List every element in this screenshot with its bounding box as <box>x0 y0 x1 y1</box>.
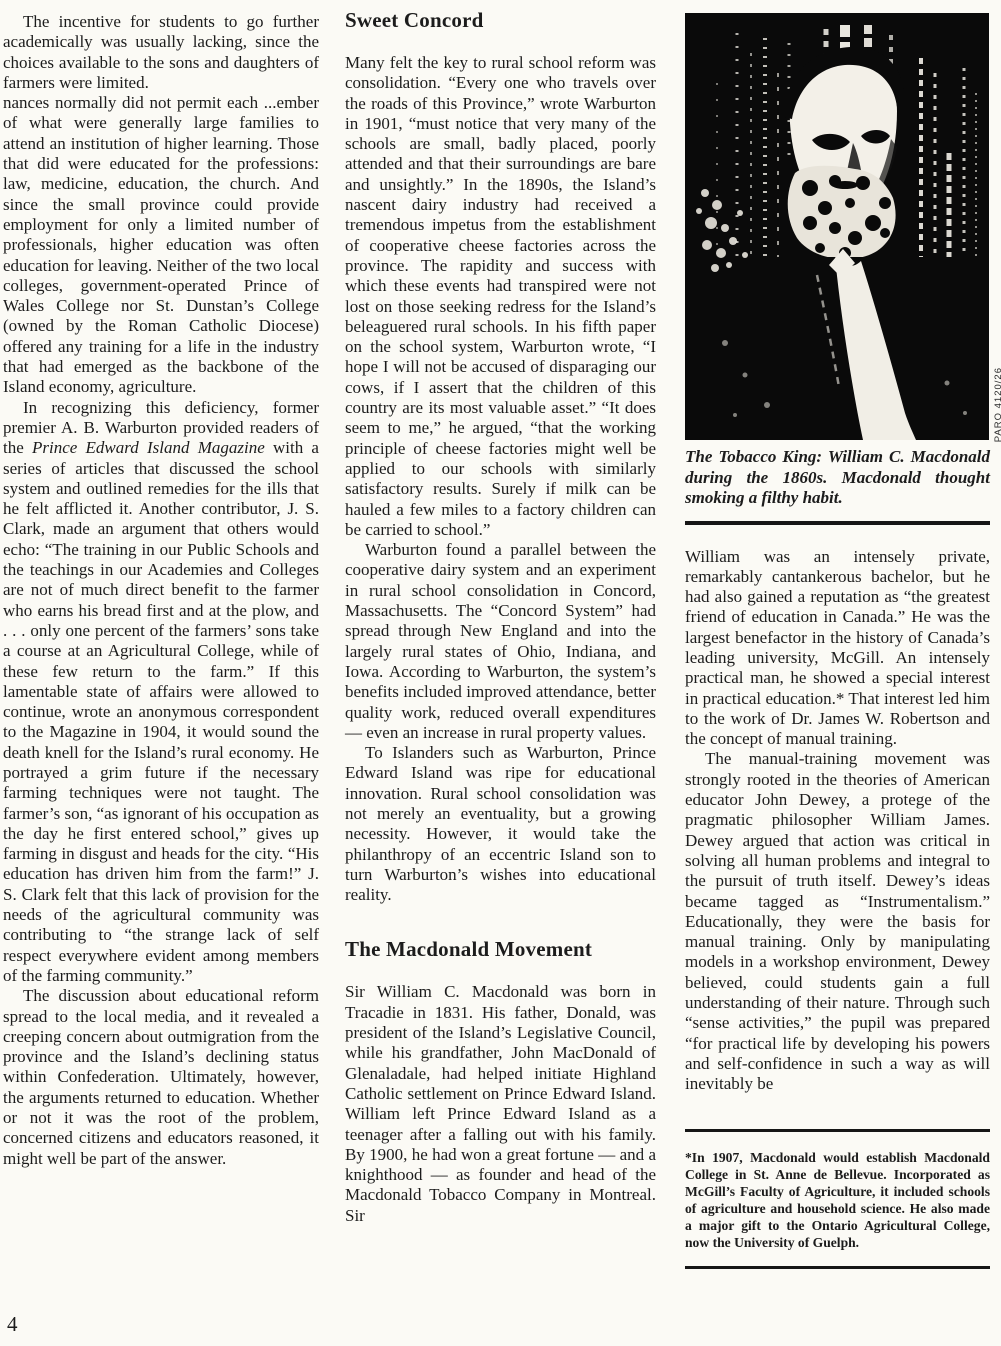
middle-column: Sweet ConcordMany felt the key to rural … <box>345 8 656 1226</box>
paragraph: The incentive for students to go further… <box>3 12 319 93</box>
section-heading: Sweet Concord <box>345 8 656 32</box>
magazine-page: The incentive for students to go further… <box>0 0 1001 1346</box>
paragraph: Many felt the key to rural school reform… <box>345 53 656 540</box>
paragraph: The manual-training movement was strongl… <box>685 749 990 1094</box>
paragraph: To Islanders such as Warburton, Prince E… <box>345 743 656 905</box>
macdonald-photo-figure: PARO 4120/26 <box>685 13 989 440</box>
paragraph: Warburton found a parallel between the c… <box>345 540 656 743</box>
macdonald-portrait-photo <box>685 13 989 440</box>
right-column: PARO 4120/26 The Tobacco King: William C… <box>685 13 990 1269</box>
divider-rule <box>685 521 990 525</box>
paragraph: William was an intensely private, remark… <box>685 547 990 750</box>
section-heading: The Macdonald Movement <box>345 937 656 961</box>
left-column: The incentive for students to go further… <box>3 12 319 1169</box>
divider-rule <box>685 1266 990 1269</box>
right-column-text: The Tobacco King: William C. Macdonald d… <box>685 447 990 1269</box>
paragraph: Sir William C. Macdonald was born in Tra… <box>345 982 656 1226</box>
paragraph: nances normally did not permit each ...e… <box>3 93 319 397</box>
paragraph: In recognizing this deficiency, former p… <box>3 398 319 987</box>
photo-credit: PARO 4120/26 <box>993 367 1001 442</box>
photo-caption: The Tobacco King: William C. Macdonald d… <box>685 447 990 509</box>
footnote-text: *In 1907, Macdonald would establish Macd… <box>685 1149 990 1251</box>
divider-rule <box>685 1129 990 1132</box>
paragraph: The discussion about educational reform … <box>3 986 319 1169</box>
page-number: 4 <box>7 1313 18 1335</box>
